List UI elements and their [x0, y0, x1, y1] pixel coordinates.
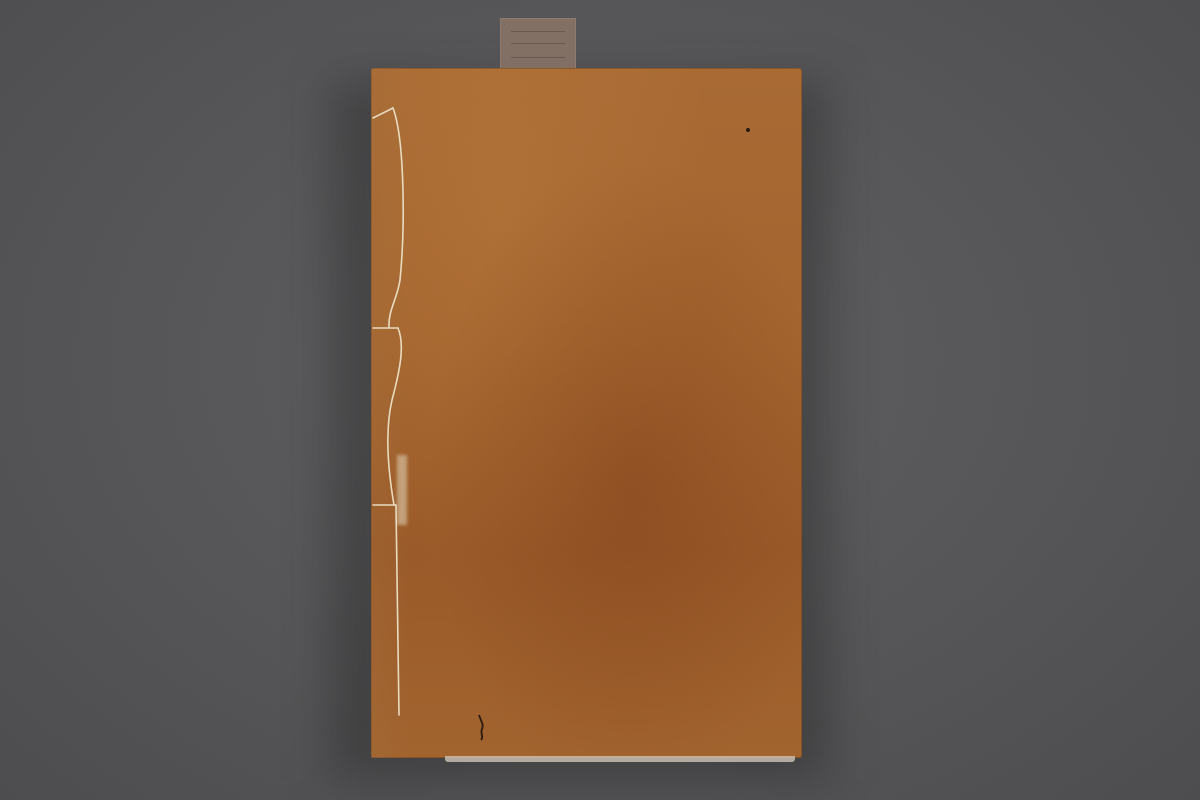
tear-mark	[476, 713, 488, 741]
binding-thread	[0, 0, 1200, 800]
